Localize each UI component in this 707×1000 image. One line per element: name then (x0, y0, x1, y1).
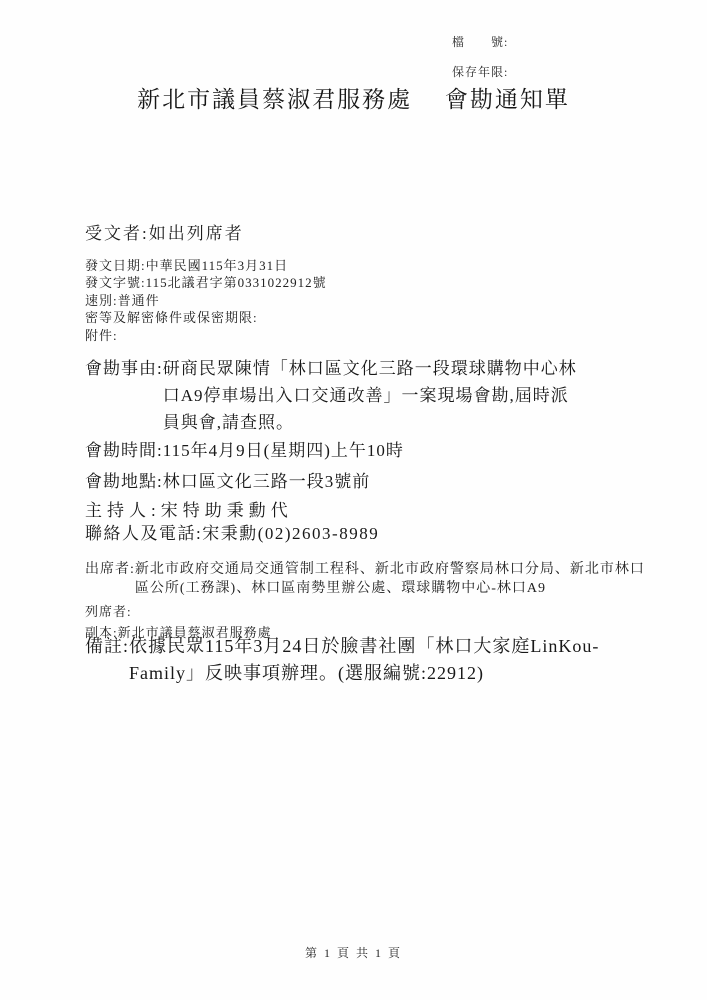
contact-value: 宋秉勳(02)2603-8989 (202, 520, 379, 547)
inspection-place-value: 林口區文化三路一段3號前 (163, 468, 371, 495)
doc-number-label: 發文字號: (85, 275, 146, 290)
inspection-place-label: 會勘地點: (85, 468, 163, 495)
section-remark: 備註: 依據民眾115年3月24日於臉書社團「林口大家庭LinKou-Famil… (85, 633, 619, 687)
inspection-time-label: 會勘時間: (85, 437, 163, 464)
attendees-value: 新北市政府交通局交通管制工程科、新北市政府警察局林口分局、新北市林口區公所(工務… (135, 560, 650, 598)
observers-label: 列席者: (85, 602, 132, 621)
recipient-line: 受文者:如出列席者 (85, 219, 244, 244)
attendees-line: 出席者: 新北市政府交通局交通管制工程科、新北市政府警察局林口分局、新北市林口區… (85, 560, 650, 598)
classification-label: 密等及解密條件或保密期限: (85, 310, 258, 325)
issue-date-label: 發文日期: (85, 258, 146, 273)
doc-number-value: 115北議君字第0331022912號 (146, 275, 327, 290)
issue-date-line: 發文日期:中華民國115年3月31日 (85, 257, 327, 274)
priority-line: 速別:普通件 (85, 292, 327, 309)
inspection-time-value: 115年4月9日(星期四)上午10時 (163, 437, 404, 464)
section-inspection-matter: 會勘事由: 研商民眾陳情「林口區文化三路一段環球購物中心林口A9停車場出入口交通… (85, 355, 583, 436)
priority-label: 速別: (85, 293, 118, 308)
page-number-footer: 第 1 頁 共 1 頁 (0, 944, 707, 961)
remark-label: 備註: (85, 633, 129, 660)
issue-meta-block: 發文日期:中華民國115年3月31日 發文字號:115北議君字第03310229… (85, 257, 327, 344)
document-title: 新北市議員蔡淑君服務處 會勘通知單 (0, 81, 707, 114)
retention-period-label: 保存年限: (452, 63, 508, 80)
attachment-line: 附件: (85, 327, 327, 344)
section-inspection-place: 會勘地點: 林口區文化三路一段3號前 (85, 468, 370, 495)
inspection-matter-label: 會勘事由: (85, 355, 163, 382)
inspection-matter-value: 研商民眾陳情「林口區文化三路一段環球購物中心林口A9停車場出入口交通改善」一案現… (163, 355, 583, 436)
attendees-label: 出席者: (85, 560, 135, 579)
document-page: 檔 號: 保存年限: 新北市議員蔡淑君服務處 會勘通知單 受文者:如出列席者 發… (0, 0, 707, 1000)
attendees-block: 出席者: 新北市政府交通局交通管制工程科、新北市政府警察局林口分局、新北市林口區… (85, 560, 650, 642)
observers-line: 列席者: (85, 602, 650, 621)
priority-value: 普通件 (118, 293, 160, 308)
contact-label: 聯絡人及電話: (85, 520, 202, 547)
doc-number-line: 發文字號:115北議君字第0331022912號 (85, 274, 327, 291)
section-contact: 聯絡人及電話: 宋秉勳(02)2603-8989 (85, 520, 379, 547)
remark-value: 依據民眾115年3月24日於臉書社團「林口大家庭LinKou-Family」反映… (129, 633, 619, 687)
recipient-value: 如出列席者 (149, 224, 244, 243)
issue-date-value: 中華民國115年3月31日 (146, 258, 289, 273)
classification-line: 密等及解密條件或保密期限: (85, 309, 327, 326)
attachment-label: 附件: (85, 328, 118, 343)
section-inspection-time: 會勘時間: 115年4月9日(星期四)上午10時 (85, 437, 404, 464)
recipient-label: 受文者: (85, 224, 149, 243)
file-meta-block: 檔 號: 保存年限: (452, 33, 508, 80)
file-number-label: 檔 號: (452, 33, 508, 50)
